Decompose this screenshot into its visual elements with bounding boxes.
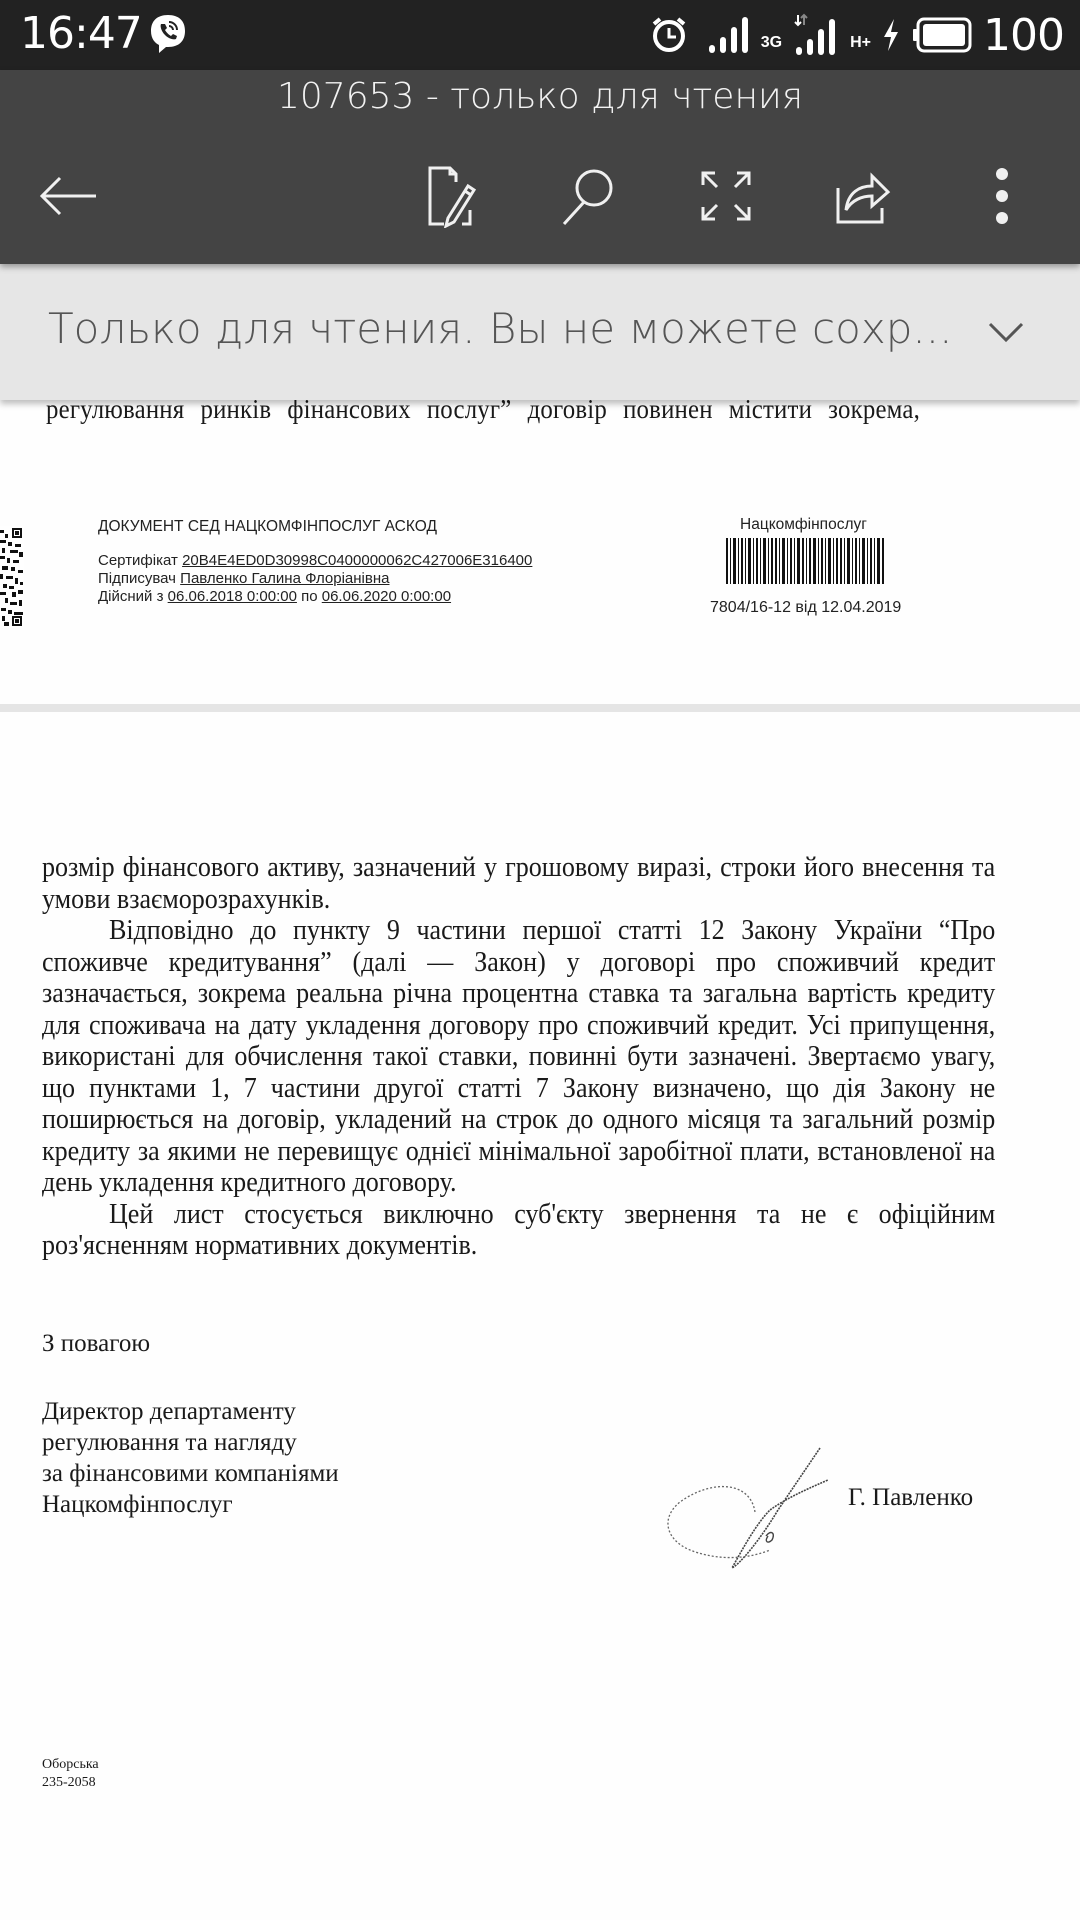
back-button[interactable]	[30, 156, 110, 236]
paragraph: Цей лист стосується виключно суб'єкту зв…	[42, 1199, 995, 1262]
signature-stamp-details: Сертифікат 20B4E4ED0D30998C0400000062C42…	[98, 552, 532, 606]
signatory-title-line: регулювання та нагляду	[42, 1427, 339, 1458]
barcode	[726, 538, 884, 584]
stamp-validity-row: Дійсний з 06.06.2018 0:00:00 по 06.06.20…	[98, 588, 532, 606]
executor-phone: 235-2058	[42, 1774, 99, 1792]
network-type-hplus: H+	[850, 34, 871, 52]
signatory-name: Г. Павленко	[848, 1484, 973, 1512]
network-type-3g: 3G	[761, 34, 782, 52]
expand-icon	[699, 169, 753, 223]
status-time: 16:47	[20, 8, 142, 59]
share-button[interactable]	[824, 156, 904, 236]
signature-stamp-title: ДОКУМЕНТ СЕД НАЦКОМФІНПОСЛУГ АСКОД	[98, 518, 437, 536]
read-only-banner[interactable]: Только для чтения. Вы не можете сохр...	[0, 264, 1080, 400]
viber-icon	[148, 12, 188, 56]
stamp-signer-row: Підписувач Павленко Галина Флоріанівна	[98, 570, 532, 588]
handwritten-signature	[660, 1440, 840, 1580]
fullscreen-button[interactable]	[686, 156, 766, 236]
search-icon	[558, 166, 618, 226]
closing-phrase: З повагою	[42, 1330, 150, 1358]
edit-document-icon	[424, 164, 484, 228]
signatory-title: Директор департаменту регулювання та наг…	[42, 1396, 339, 1520]
read-only-message: Только для чтения. Вы не можете сохр...	[48, 304, 952, 353]
certificate-value: 20B4E4ED0D30998C0400000062C427006E316400	[182, 552, 532, 569]
signatory-title-line: за фінансовими компаніями	[42, 1458, 339, 1489]
valid-to-value: 06.06.2020 0:00:00	[322, 588, 451, 605]
share-icon	[834, 166, 894, 226]
app-bar: 107653 - только для чтения	[0, 70, 1080, 264]
status-bar: 16:47 3G H+	[0, 0, 1080, 70]
qr-code	[0, 526, 24, 628]
valid-to-label: по	[301, 588, 317, 605]
paragraph: розмір фінансового активу, зазначений у …	[42, 852, 995, 915]
page-separator	[0, 704, 1080, 712]
registration-number: 7804/16-12 від 12.04.2019	[710, 599, 901, 617]
document-view[interactable]: регулювання ринків фінансових послуг” до…	[0, 400, 1080, 1920]
signatory-title-line: Директор департаменту	[42, 1396, 339, 1427]
signatory-title-line: Нацкомфінпослуг	[42, 1489, 339, 1520]
edit-button[interactable]	[414, 156, 494, 236]
signal-icon	[707, 15, 751, 55]
signer-label: Підписувач	[98, 570, 176, 587]
status-icons: 3G H+ 100	[649, 6, 1064, 64]
valid-from-label: Дійсний з	[98, 588, 163, 605]
barcode-organization: Нацкомфінпослуг	[740, 516, 867, 534]
certificate-label: Сертифікат	[98, 552, 178, 569]
search-button[interactable]	[548, 156, 628, 236]
valid-from-value: 06.06.2018 0:00:00	[168, 588, 297, 605]
paragraph: Відповідно до пункту 9 частини першої ст…	[42, 915, 995, 1199]
more-options-button[interactable]	[962, 156, 1042, 236]
battery-icon	[911, 17, 973, 53]
stamp-certificate-row: Сертифікат 20B4E4ED0D30998C0400000062C42…	[98, 552, 532, 570]
alarm-icon	[649, 15, 689, 55]
executor-name: Оборська	[42, 1756, 99, 1774]
signer-value: Павленко Галина Флоріанівна	[180, 570, 389, 587]
battery-level: 100	[983, 10, 1064, 61]
letter-body: розмір фінансового активу, зазначений у …	[42, 852, 996, 1262]
signal-icon	[792, 13, 840, 57]
charging-icon	[881, 18, 901, 52]
executor-info: Оборська 235-2058	[42, 1756, 99, 1792]
chevron-down-icon[interactable]	[986, 316, 1026, 348]
more-vertical-icon	[992, 166, 1012, 226]
arrow-left-icon	[38, 172, 102, 220]
document-title: 107653 - только для чтения	[0, 76, 1080, 117]
